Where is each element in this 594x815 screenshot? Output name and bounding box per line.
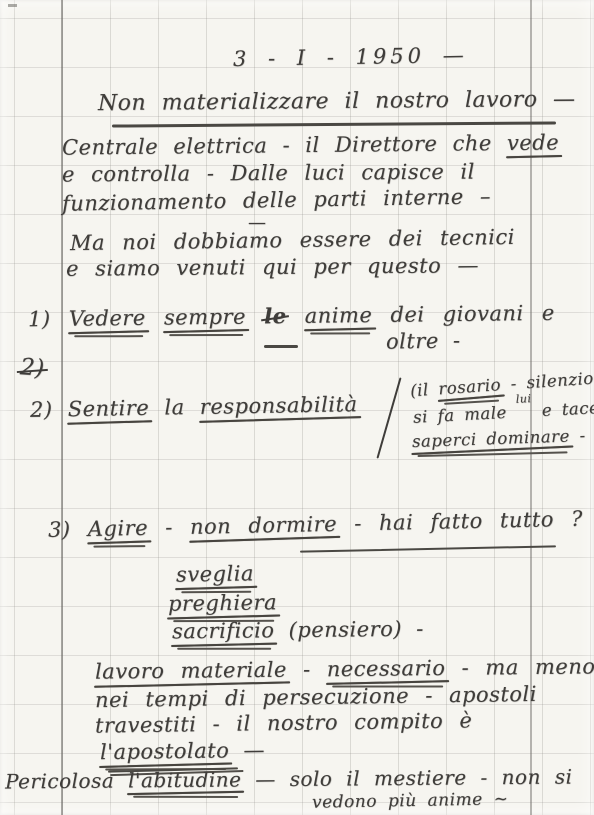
list-item-sveglia: sveglia [176,562,254,586]
paragraph2-line1: Ma noi dobbiamo essere dei tecnici [70,226,515,255]
scan-artifact [8,4,17,7]
underlined-phrase-lavoro-materiale: lavoro materiale [95,659,287,684]
underlined-word-preghiera: preghiera [168,591,277,616]
item1-continuation: oltre - [386,329,461,353]
date-line: 3 - I - 1950 — [233,44,468,71]
space [246,304,264,328]
paragraph4-line2: vedono più anime ~ [312,790,509,812]
note-text: si fa male [413,402,517,426]
paragraph1-line1: Centrale elettrica - il Direttore che ve… [62,131,559,159]
underlined-word-sempre: sempre [164,306,246,330]
item3-number: 3) [48,517,88,542]
side-note-line3: saperci dominare - [412,427,586,451]
underlined-word-vedere: Vedere [69,307,146,331]
note-text: - [569,426,585,446]
underlined-word-responsabilita: responsabilità [200,393,358,419]
underlined-word-rosario: rosario [438,376,502,398]
note-text: e tace - [532,397,594,420]
underline-stroke-anime-extra [264,345,298,348]
note-text: - silenzio [500,369,594,394]
underlined-word-sentire: Sentire [68,397,150,422]
dash: - [337,511,379,536]
underlined-phrase-non-dormire: non dormire [190,513,338,539]
paragraph-text: - ma meno [445,654,594,680]
space [146,306,164,330]
item1-line: 1) Vedere sempre le anime dei giovani e [28,301,555,332]
paragraph-text: — solo il mestiere - non si [241,765,572,792]
side-note-line1: (il rosario - silenzio [410,370,594,401]
struck-word-le: le [264,304,287,327]
item2-number: 2) [30,397,68,422]
list-item-preghiera: preghiera [168,591,277,616]
underlined-phrase-saperci-dominare: saperci dominare [412,428,570,452]
dash: - [148,515,190,540]
underlined-word-anime: anime [305,304,373,328]
underlined-word-agire: Agire [88,517,149,541]
item2-line: 2) Sentire la responsabilità [30,393,358,422]
list-item-paren: (pensiero) - [274,617,424,643]
item2-mid: la [149,395,200,420]
list-item-sacrificio: sacrificio (pensiero) - [172,618,424,644]
underline-stroke-question [300,545,556,552]
dash: - [287,657,327,681]
dash: — [229,738,265,762]
item3-question: hai fatto tutto ? [379,507,583,535]
title-line: Non materializzare il nostro lavoro — [98,88,576,116]
paragraph3-line3: travestiti - il nostro compito è [95,709,473,737]
underlined-word-necessario: necessario [327,657,446,681]
inserted-word: lui [515,392,531,406]
paragraph1-line2: e controlla - Dalle luci capisce il [62,161,475,187]
item1-number: 1) [28,307,69,331]
underline-stroke-title [112,121,556,127]
underlined-word-vede: vede [507,131,559,155]
paragraph-text: Centrale elettrica - il Direttore che [62,131,507,160]
paragraph2-line2: e siamo venuti qui per questo — [66,254,479,281]
paragraph1-line3: funzionamento delle parti interne – [62,185,491,216]
item1-rest: dei giovani e [372,301,555,327]
bracket-slash [376,377,401,458]
underlined-word-abitudine: l'abitudine [128,768,242,791]
note-text: (il [410,379,440,400]
struck-item2-number: 2) [19,355,45,382]
paragraph3-line1: lavoro materiale - necessario - ma meno [95,655,594,683]
manuscript-page: 3 - I - 1950 — Non materializzare il nos… [0,0,594,815]
underlined-word-apostolato: l'apostolato [100,739,230,764]
paragraph4-line1: Pericolosa l'abitudine — solo il mestier… [5,766,573,793]
paragraph-text: Pericolosa [5,768,128,793]
item3-line: 3) Agire - non dormire - hai fatto tutto… [48,507,594,542]
underlined-word-sveglia: sveglia [176,562,254,586]
dash: - [583,506,594,531]
underlined-word-sacrificio: sacrificio [172,619,275,643]
paragraph3-line4: l'apostolato — [100,739,265,764]
